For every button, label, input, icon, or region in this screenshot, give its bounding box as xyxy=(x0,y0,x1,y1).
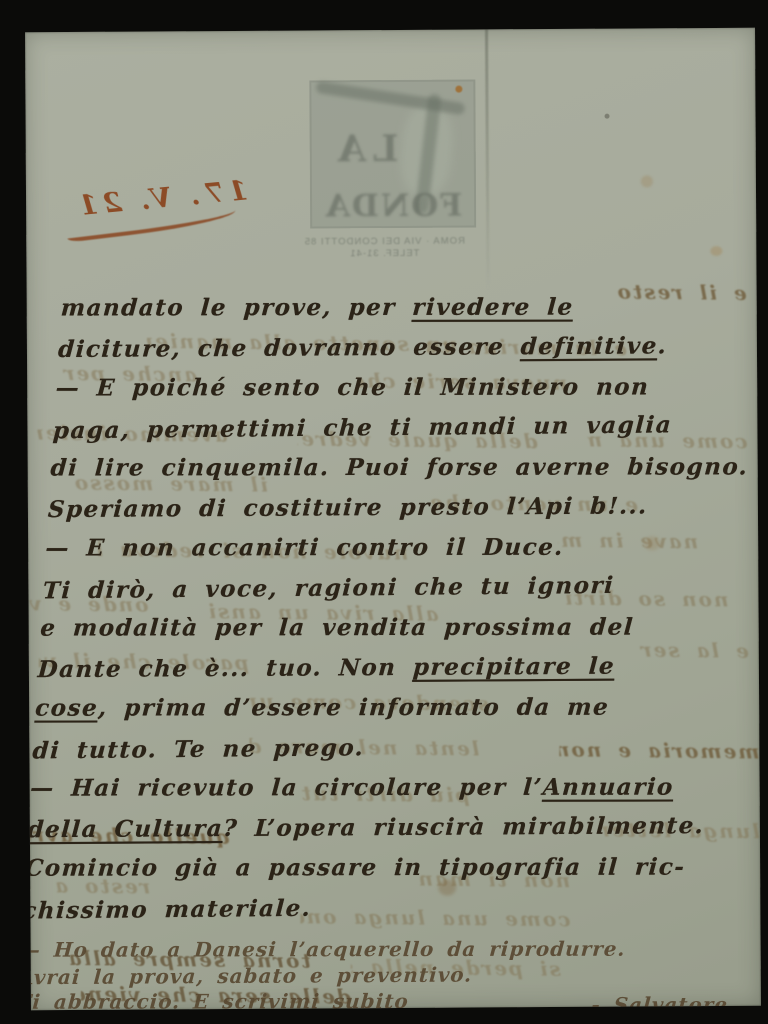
letter-text-segment: di lire cinquemila. Puoi forse averne bi… xyxy=(50,453,750,481)
letterhead-address: ROMA · VIA DEI CONDOTTI 85 TELEF. 31-41 xyxy=(282,235,486,260)
letter-text-segment: Comincio già a passare in tipografia il … xyxy=(25,854,686,882)
stamp-figure-arm xyxy=(315,81,465,115)
foxing-spot xyxy=(644,536,660,550)
letter-body: mandato le prove, per rivedere le dicitu… xyxy=(25,286,761,1011)
signature-text: - Salvatore xyxy=(591,992,729,1011)
date-note: 17. V. 21 xyxy=(73,175,249,222)
letter-line: — E poiché sento che il Ministero non xyxy=(54,367,761,408)
foxing-spot xyxy=(641,175,653,187)
letter-text-segment: — E poiché sento che il Ministero non xyxy=(55,373,650,401)
letter-text-segment: ? L’opera riuscirà mirabilmente. xyxy=(222,812,705,842)
letter-text-segment: Avrai la prova, sabato e preventivo. xyxy=(25,963,473,990)
letter-text-segment: Annuario xyxy=(542,774,675,801)
letterhead-address-line2: TELEF. 31-41 xyxy=(282,247,486,260)
letter-line: chissimo materiale. xyxy=(25,885,732,932)
letter-line: mandato le prove, per rivedere le xyxy=(59,287,761,328)
letter-line: — Ho dato a Danesi l’acquerello da ripro… xyxy=(25,936,729,963)
photo-background: LA FONDA ROMA · VIA DEI CONDOTTI 85 TELE… xyxy=(0,0,768,1024)
letter-text-segment: diciture, che dovranno essere xyxy=(57,333,521,363)
letter-line: e modalità per la vendita prossima del xyxy=(39,607,750,648)
foxing-spot xyxy=(455,86,462,93)
letterhead-word-fonda: FONDA xyxy=(310,187,476,224)
letter-text-segment: Ti dirò, a voce, ragioni che tu ignori xyxy=(42,572,615,604)
letter-line: Avrai la prova, sabato e preventivo. xyxy=(25,960,727,990)
letter-text-segment: . xyxy=(657,332,668,359)
letter-text-segment: Speriamo di costituire presto l’Api b!..… xyxy=(47,492,649,523)
letterhead-stamp: LA FONDA xyxy=(309,79,476,228)
foxing-spot xyxy=(605,114,610,119)
foxing-spot xyxy=(710,246,722,256)
letter-text-segment: Dante che è... tuo. Non xyxy=(37,654,414,683)
letter-text-segment: paga, permettimi che ti mandi un vaglia xyxy=(52,411,673,444)
letter-text-segment: rivedere le xyxy=(412,294,575,321)
letter-text-segment: cose xyxy=(34,695,99,722)
letterhead-word-la: LA xyxy=(322,128,408,171)
letter-line: di lire cinquemila. Puoi forse averne bi… xyxy=(49,447,760,488)
letter-text-segment: — Hai ricevuto la circolare per l’ xyxy=(29,774,543,802)
letter-text-segment: precipitare le xyxy=(412,653,616,681)
bleedthrough-layer: e il resto a voce un sonetto alla manier… xyxy=(25,28,755,32)
letter-line: di tutto. Te ne prego. xyxy=(31,725,742,772)
letter-line: della Cultura? L’opera riuscirà mirabilm… xyxy=(26,806,737,850)
letter-line-signature: Ti abbraccio. E scrivimi subito- Salvato… xyxy=(25,988,725,1011)
letter-line: Dante che è... tuo. Non precipitare le xyxy=(36,646,747,690)
letter-line: paga, permettimi che ti mandi un vaglia xyxy=(52,405,761,452)
letter-line: diciture, che dovranno essere definitive… xyxy=(57,326,761,370)
letter-text-segment: definitive xyxy=(520,332,659,360)
letter-text-segment: , prima d’essere informato da me xyxy=(97,694,610,722)
letter-page: LA FONDA ROMA · VIA DEI CONDOTTI 85 TELE… xyxy=(25,28,761,1010)
letter-text-segment: chissimo materiale. xyxy=(25,895,312,925)
letter-text-segment: mandato le prove, per xyxy=(60,294,413,322)
letter-text-segment: — Ho dato a Danesi l’acquerello da ripro… xyxy=(25,937,626,962)
letter-text-segment: di tutto. Te ne prego. xyxy=(32,734,365,764)
letter-text-segment: della Cultura xyxy=(27,815,224,843)
letter-line: cose, prima d’essere informato da me xyxy=(34,687,745,728)
letter-line: Comincio già a passare in tipografia il … xyxy=(25,847,734,888)
letter-text-segment: — E non accanirti contro il Duce. xyxy=(45,534,565,562)
letter-text-segment: Ti abbraccio. E scrivimi subito xyxy=(25,989,410,1010)
foxing-spot xyxy=(438,880,456,896)
letter-text-segment: e modalità per la vendita prossima del xyxy=(39,614,634,642)
letter-line: — Hai ricevuto la circolare per l’Annuar… xyxy=(29,767,740,808)
letter-line: Ti dirò, a voce, ragioni che tu ignori xyxy=(42,565,753,612)
letter-line: Speriamo di costituire presto l’Api b!..… xyxy=(47,486,758,530)
